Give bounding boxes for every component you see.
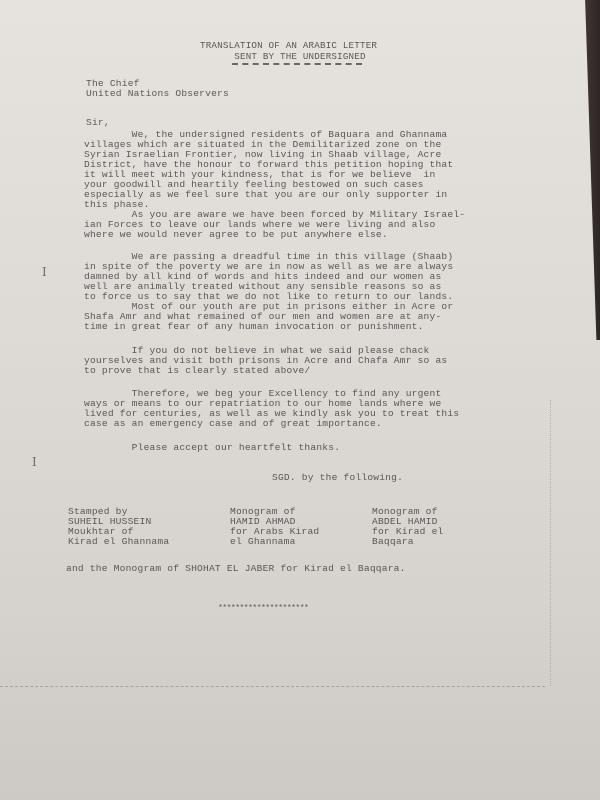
- signatory-3: Monogram of ABDEL HAMID for Kirad el Baq…: [372, 507, 444, 547]
- letter-page: TRANSLATION OF AN ARABIC LETTER SENT BY …: [0, 0, 600, 800]
- table-edge-shadow: [576, 0, 600, 340]
- margin-mark-icon: I: [42, 265, 47, 279]
- signed-by-line: SGD. by the following.: [272, 473, 403, 483]
- paragraph-1: We, the undersigned residents of Baquara…: [84, 130, 453, 210]
- title-underline: [232, 63, 362, 65]
- addressee: The Chief United Nations Observers: [86, 79, 229, 99]
- page-edge-line: [550, 400, 552, 686]
- paragraph-6: Therefore, we beg your Excellency to fin…: [84, 389, 459, 429]
- paragraph-4: Most of our youth are put in prisons eit…: [84, 302, 453, 332]
- margin-mark-icon: I: [32, 455, 37, 469]
- salutation: Sir,: [86, 118, 110, 128]
- paragraph-5: If you do not believe in what we said pl…: [84, 346, 447, 376]
- page-fold-line: [0, 686, 545, 688]
- document-title: TRANSLATION OF AN ARABIC LETTER SENT BY …: [200, 40, 377, 62]
- paragraph-3: We are passing a dreadful time in this v…: [84, 252, 453, 302]
- paragraph-7: Please accept our heartfelt thanks.: [84, 443, 340, 453]
- signatory-1: Stamped by SUHEIL HUSSEIN Moukhtar of Ki…: [68, 507, 169, 547]
- signatory-2: Monogram of HAMID AHMAD for Arabs Kirad …: [230, 507, 319, 547]
- closing-rule: *********************: [218, 604, 308, 614]
- additional-signatory: and the Monogram of SHOHAT EL JABER for …: [66, 564, 406, 574]
- paragraph-2: As you are aware we have been forced by …: [84, 210, 465, 240]
